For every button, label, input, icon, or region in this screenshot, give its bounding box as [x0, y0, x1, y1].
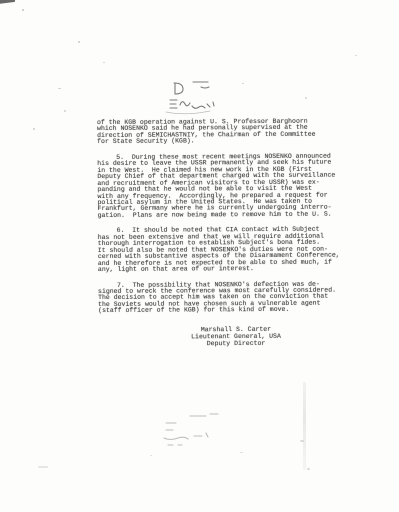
scan-speck — [355, 55, 357, 56]
memo-line: (staff officer of the KGB) for this kind… — [98, 307, 356, 315]
memo-line: any, light on that area of our interest. — [98, 265, 356, 273]
scan-speck — [150, 455, 152, 456]
scanned-memo-page: of the KGB operation against U. S. Profe… — [0, 0, 399, 512]
handwritten-annotation — [163, 78, 237, 116]
scan-speck — [78, 41, 80, 43]
scan-speck — [103, 62, 105, 63]
memo-paragraph: 5. During these most recent meetings NOS… — [97, 153, 355, 219]
scan-speck — [64, 110, 66, 112]
scan-speck — [33, 128, 35, 130]
memo-line: for State Security (KGB). — [97, 138, 355, 146]
scan-artifact-corner-mark — [0, 0, 15, 4]
scan-speck — [305, 97, 307, 99]
scan-speck — [58, 88, 61, 89]
scan-speck — [300, 440, 304, 442]
scan-smudge — [38, 466, 48, 468]
scan-speck — [242, 83, 244, 84]
scan-streak — [303, 382, 306, 470]
scan-speck — [22, 9, 24, 11]
scan-speck — [307, 468, 310, 470]
signature-block: Marshall S. Carter Lieutenant General, U… — [158, 326, 314, 348]
memo-paragraph: of the KGB operation against U. S. Profe… — [97, 118, 355, 145]
faded-stamp — [158, 410, 230, 458]
scan-speck — [240, 452, 243, 453]
memo-paragraph: 6. It should be noted that CIA contact w… — [98, 227, 356, 274]
memo-line: gation. Plans are now being made to remo… — [98, 211, 356, 219]
signature-title: Deputy Director — [158, 340, 314, 348]
memo-paragraph: 7. The possibility that NOSENKO's defect… — [98, 281, 356, 315]
memo-body: of the KGB operation against U. S. Profe… — [97, 118, 356, 323]
